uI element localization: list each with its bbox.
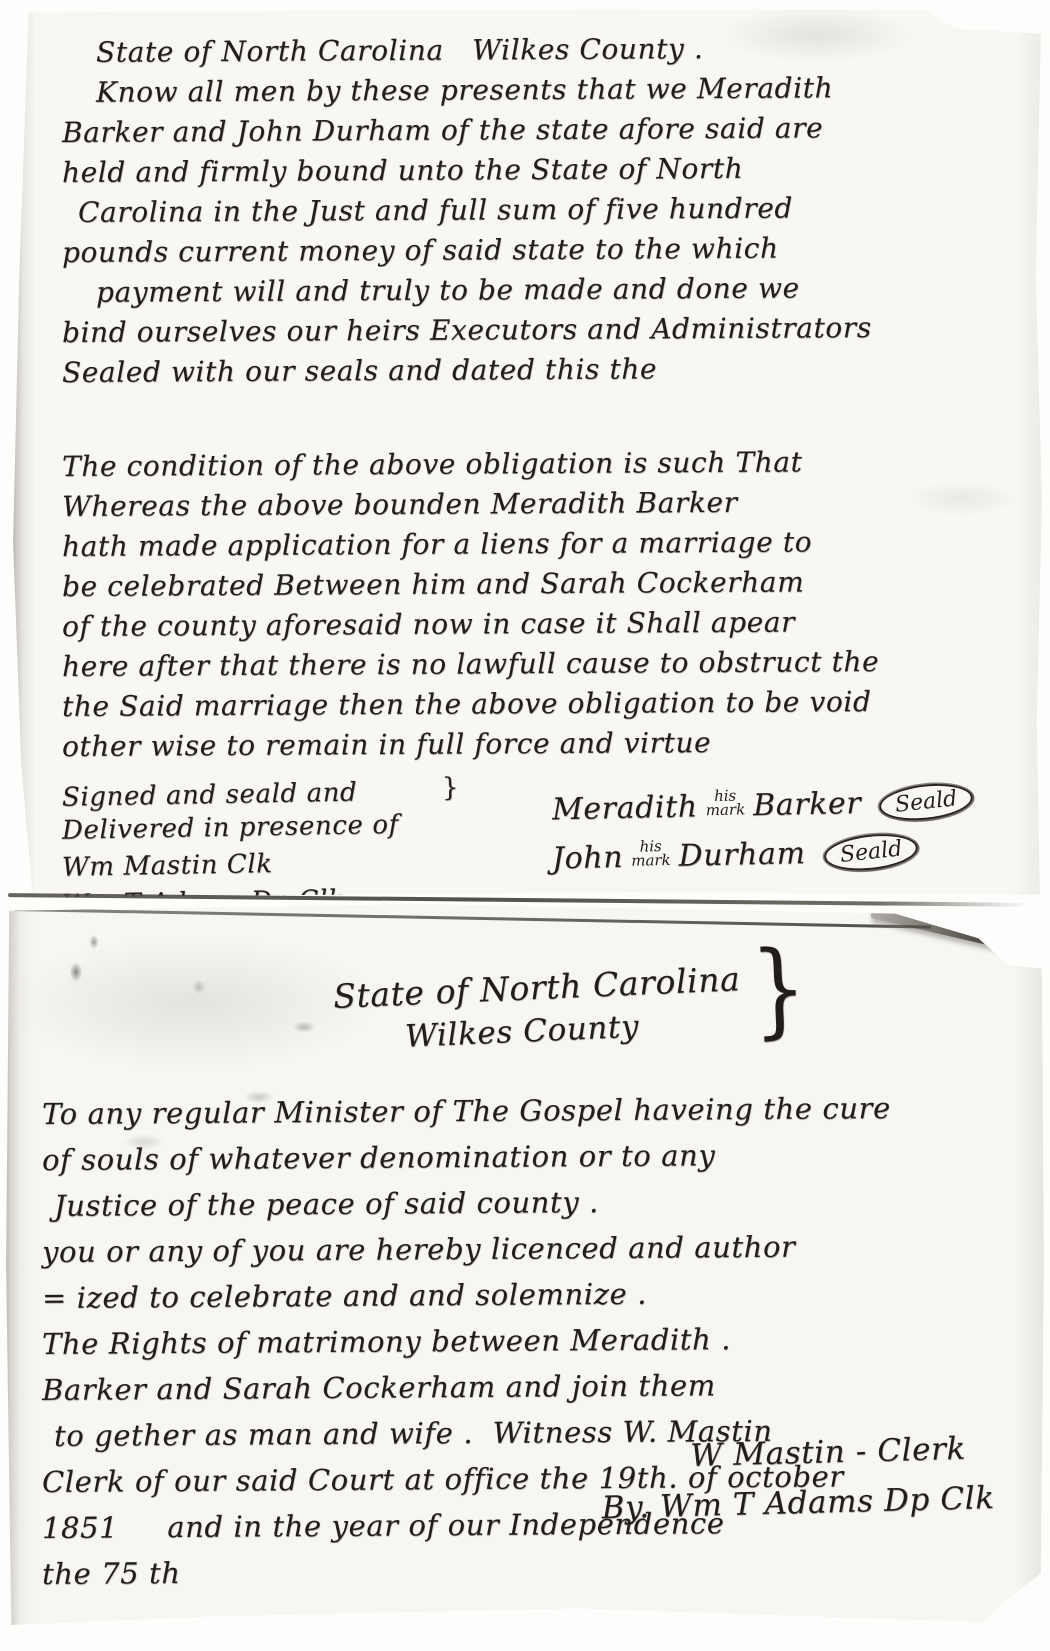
paper-overlap-edge bbox=[8, 893, 1028, 907]
bond-condition-line: here after that there is no lawfull caus… bbox=[62, 641, 1044, 687]
signer-row: Meradith his mark Barker Seald bbox=[552, 784, 974, 828]
license-text-line: = ized to celebrate and and solemnize . bbox=[42, 1269, 891, 1321]
bond-text-line: Barker and John Durham of the state afor… bbox=[62, 107, 1044, 153]
bond-condition-line: Whereas the above bounden Meradith Barke… bbox=[62, 481, 1044, 527]
license-text-line: Justice of the peace of said county . bbox=[42, 1177, 891, 1229]
his-mark-annotation: his mark bbox=[705, 788, 745, 817]
brace-glyph: } bbox=[442, 772, 460, 805]
marriage-bond-page: State of North Carolina Wilkes County . … bbox=[10, 8, 1044, 900]
bond-text-line: Sealed with our seals and dated this the bbox=[62, 347, 1044, 393]
bond-condition-line: the Said marriage then the above obligat… bbox=[62, 681, 1044, 727]
license-heading-county: Wilkes County bbox=[404, 1004, 743, 1055]
attestation-line: Delivered in presence of bbox=[62, 807, 493, 847]
mark-word-bottom: mark bbox=[631, 852, 671, 867]
license-text-line: To any regular Minister of The Gospel ha… bbox=[42, 1085, 891, 1137]
signer-first-name: John bbox=[552, 840, 624, 876]
bond-text-line: pounds current money of said state to th… bbox=[62, 227, 1044, 273]
license-text-line: Barker and Sarah Cockerham and join them bbox=[42, 1361, 891, 1413]
bond-text-line: payment will and truly to be made and do… bbox=[62, 267, 1044, 313]
license-closing-signatures: W Mastin - Clerk By. Wm T Adams Dp Clk bbox=[690, 1430, 995, 1524]
brace-glyph: } bbox=[749, 928, 810, 1050]
bond-text-line: Know all men by these presents that we M… bbox=[62, 67, 1044, 113]
license-heading: State of North Carolina Wilkes County } bbox=[332, 959, 742, 1058]
signer-last-name: Durham bbox=[678, 836, 806, 874]
bond-text-line: bind ourselves our heirs Executors and A… bbox=[62, 307, 1044, 353]
seal-scribble: Seald bbox=[822, 830, 920, 875]
witness-signature: Wm Mastin Clk bbox=[62, 844, 493, 884]
signer-last-name: Barker bbox=[753, 786, 862, 823]
seal-scribble: Seald bbox=[878, 780, 976, 825]
bond-condition-line: hath made application for a liens for a … bbox=[62, 521, 1044, 567]
bond-condition-line: be celebrated Between him and Sarah Cock… bbox=[62, 561, 1044, 607]
signer-row: John his mark Durham Seald bbox=[552, 833, 974, 877]
bond-heading-line: State of North Carolina Wilkes County . bbox=[62, 27, 1044, 73]
folded-corner bbox=[870, 903, 1020, 951]
bond-text-line: held and firmly bound unto the State of … bbox=[62, 147, 1044, 193]
bond-text-line: Carolina in the Just and full sum of fiv… bbox=[62, 187, 1044, 233]
signer-first-name: Meradith bbox=[552, 789, 698, 827]
license-text-line: of souls of whatever denomination or to … bbox=[42, 1131, 891, 1183]
clerk-signature: W Mastin - Clerk bbox=[690, 1430, 994, 1474]
bond-condition-line: other wise to remain in full force and v… bbox=[62, 721, 1044, 767]
his-mark-annotation: his mark bbox=[631, 838, 671, 867]
license-year-line: the 75 th bbox=[42, 1545, 891, 1597]
bond-condition-line: The condition of the above obligation is… bbox=[62, 441, 1044, 487]
license-text-line: you or any of you are hereby licenced an… bbox=[42, 1223, 891, 1275]
bond-condition-line: of the county aforesaid now in case it S… bbox=[62, 601, 1044, 647]
marriage-license-page: State of North Carolina Wilkes County } … bbox=[4, 902, 1046, 1628]
signer-column: Meradith his mark Barker Seald John his … bbox=[492, 778, 974, 918]
license-text-line: The Rights of matrimony between Meradith… bbox=[42, 1315, 891, 1367]
mark-word-bottom: mark bbox=[706, 802, 746, 817]
scan-background: State of North Carolina Wilkes County . … bbox=[0, 0, 1050, 1651]
